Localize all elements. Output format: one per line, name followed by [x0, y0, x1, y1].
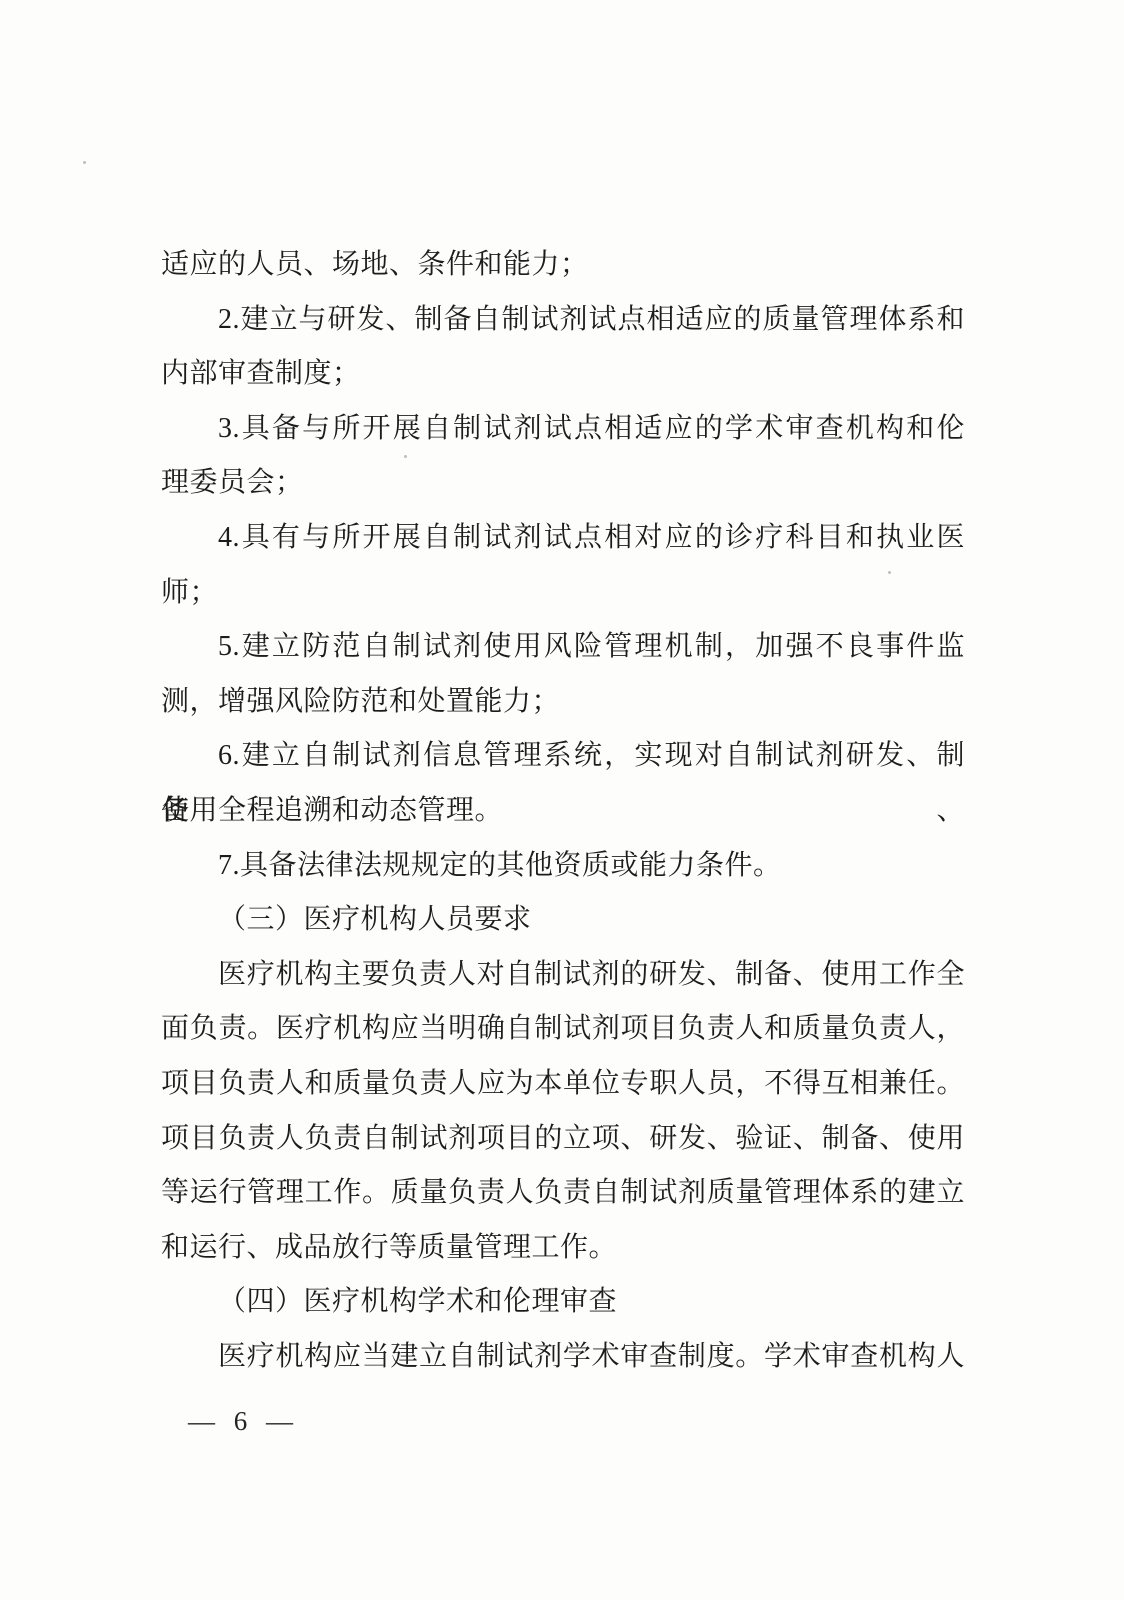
page-number: — 6 —	[188, 1406, 299, 1436]
doc-line: 4.具有与所开展自制试剂试点相对应的诊疗科目和执业医	[161, 511, 965, 566]
doc-section-heading: （三）医疗机构人员要求	[161, 893, 965, 948]
doc-line: 理委员会；	[161, 456, 965, 511]
doc-line: 师；	[161, 566, 965, 621]
doc-line: 项目负责人负责自制试剂项目的立项、研发、验证、制备、使用	[161, 1112, 965, 1167]
doc-line: 6.建立自制试剂信息管理系统，实现对自制试剂研发、制备、	[161, 729, 965, 784]
scan-speck	[83, 161, 86, 164]
doc-line: 测，增强风险防范和处置能力；	[161, 675, 965, 730]
doc-section-heading: （四）医疗机构学术和伦理审查	[161, 1275, 965, 1330]
doc-line: 2.建立与研发、制备自制试剂试点相适应的质量管理体系和	[161, 293, 965, 348]
doc-line: 5.建立防范自制试剂使用风险管理机制，加强不良事件监	[161, 620, 965, 675]
doc-line: 和运行、成品放行等质量管理工作。	[161, 1221, 965, 1276]
doc-line: 医疗机构主要负责人对自制试剂的研发、制备、使用工作全	[161, 948, 965, 1003]
document-page: 适应的人员、场地、条件和能力； 2.建立与研发、制备自制试剂试点相适应的质量管理…	[0, 0, 1124, 1600]
doc-line: 3.具备与所开展自制试剂试点相适应的学术审查机构和伦	[161, 402, 965, 457]
doc-line: 面负责。医疗机构应当明确自制试剂项目负责人和质量负责人，	[161, 1002, 965, 1057]
doc-line: 项目负责人和质量负责人应为本单位专职人员，不得互相兼任。	[161, 1057, 965, 1112]
doc-line: 医疗机构应当建立自制试剂学术审查制度。学术审查机构人	[161, 1330, 965, 1385]
doc-line: 适应的人员、场地、条件和能力；	[161, 238, 965, 293]
document-text-block: 适应的人员、场地、条件和能力； 2.建立与研发、制备自制试剂试点相适应的质量管理…	[161, 238, 965, 1384]
doc-line: 等运行管理工作。质量负责人负责自制试剂质量管理体系的建立	[161, 1166, 965, 1221]
doc-line: 7.具备法律法规规定的其他资质或能力条件。	[161, 839, 965, 894]
doc-line: 内部审查制度；	[161, 347, 965, 402]
